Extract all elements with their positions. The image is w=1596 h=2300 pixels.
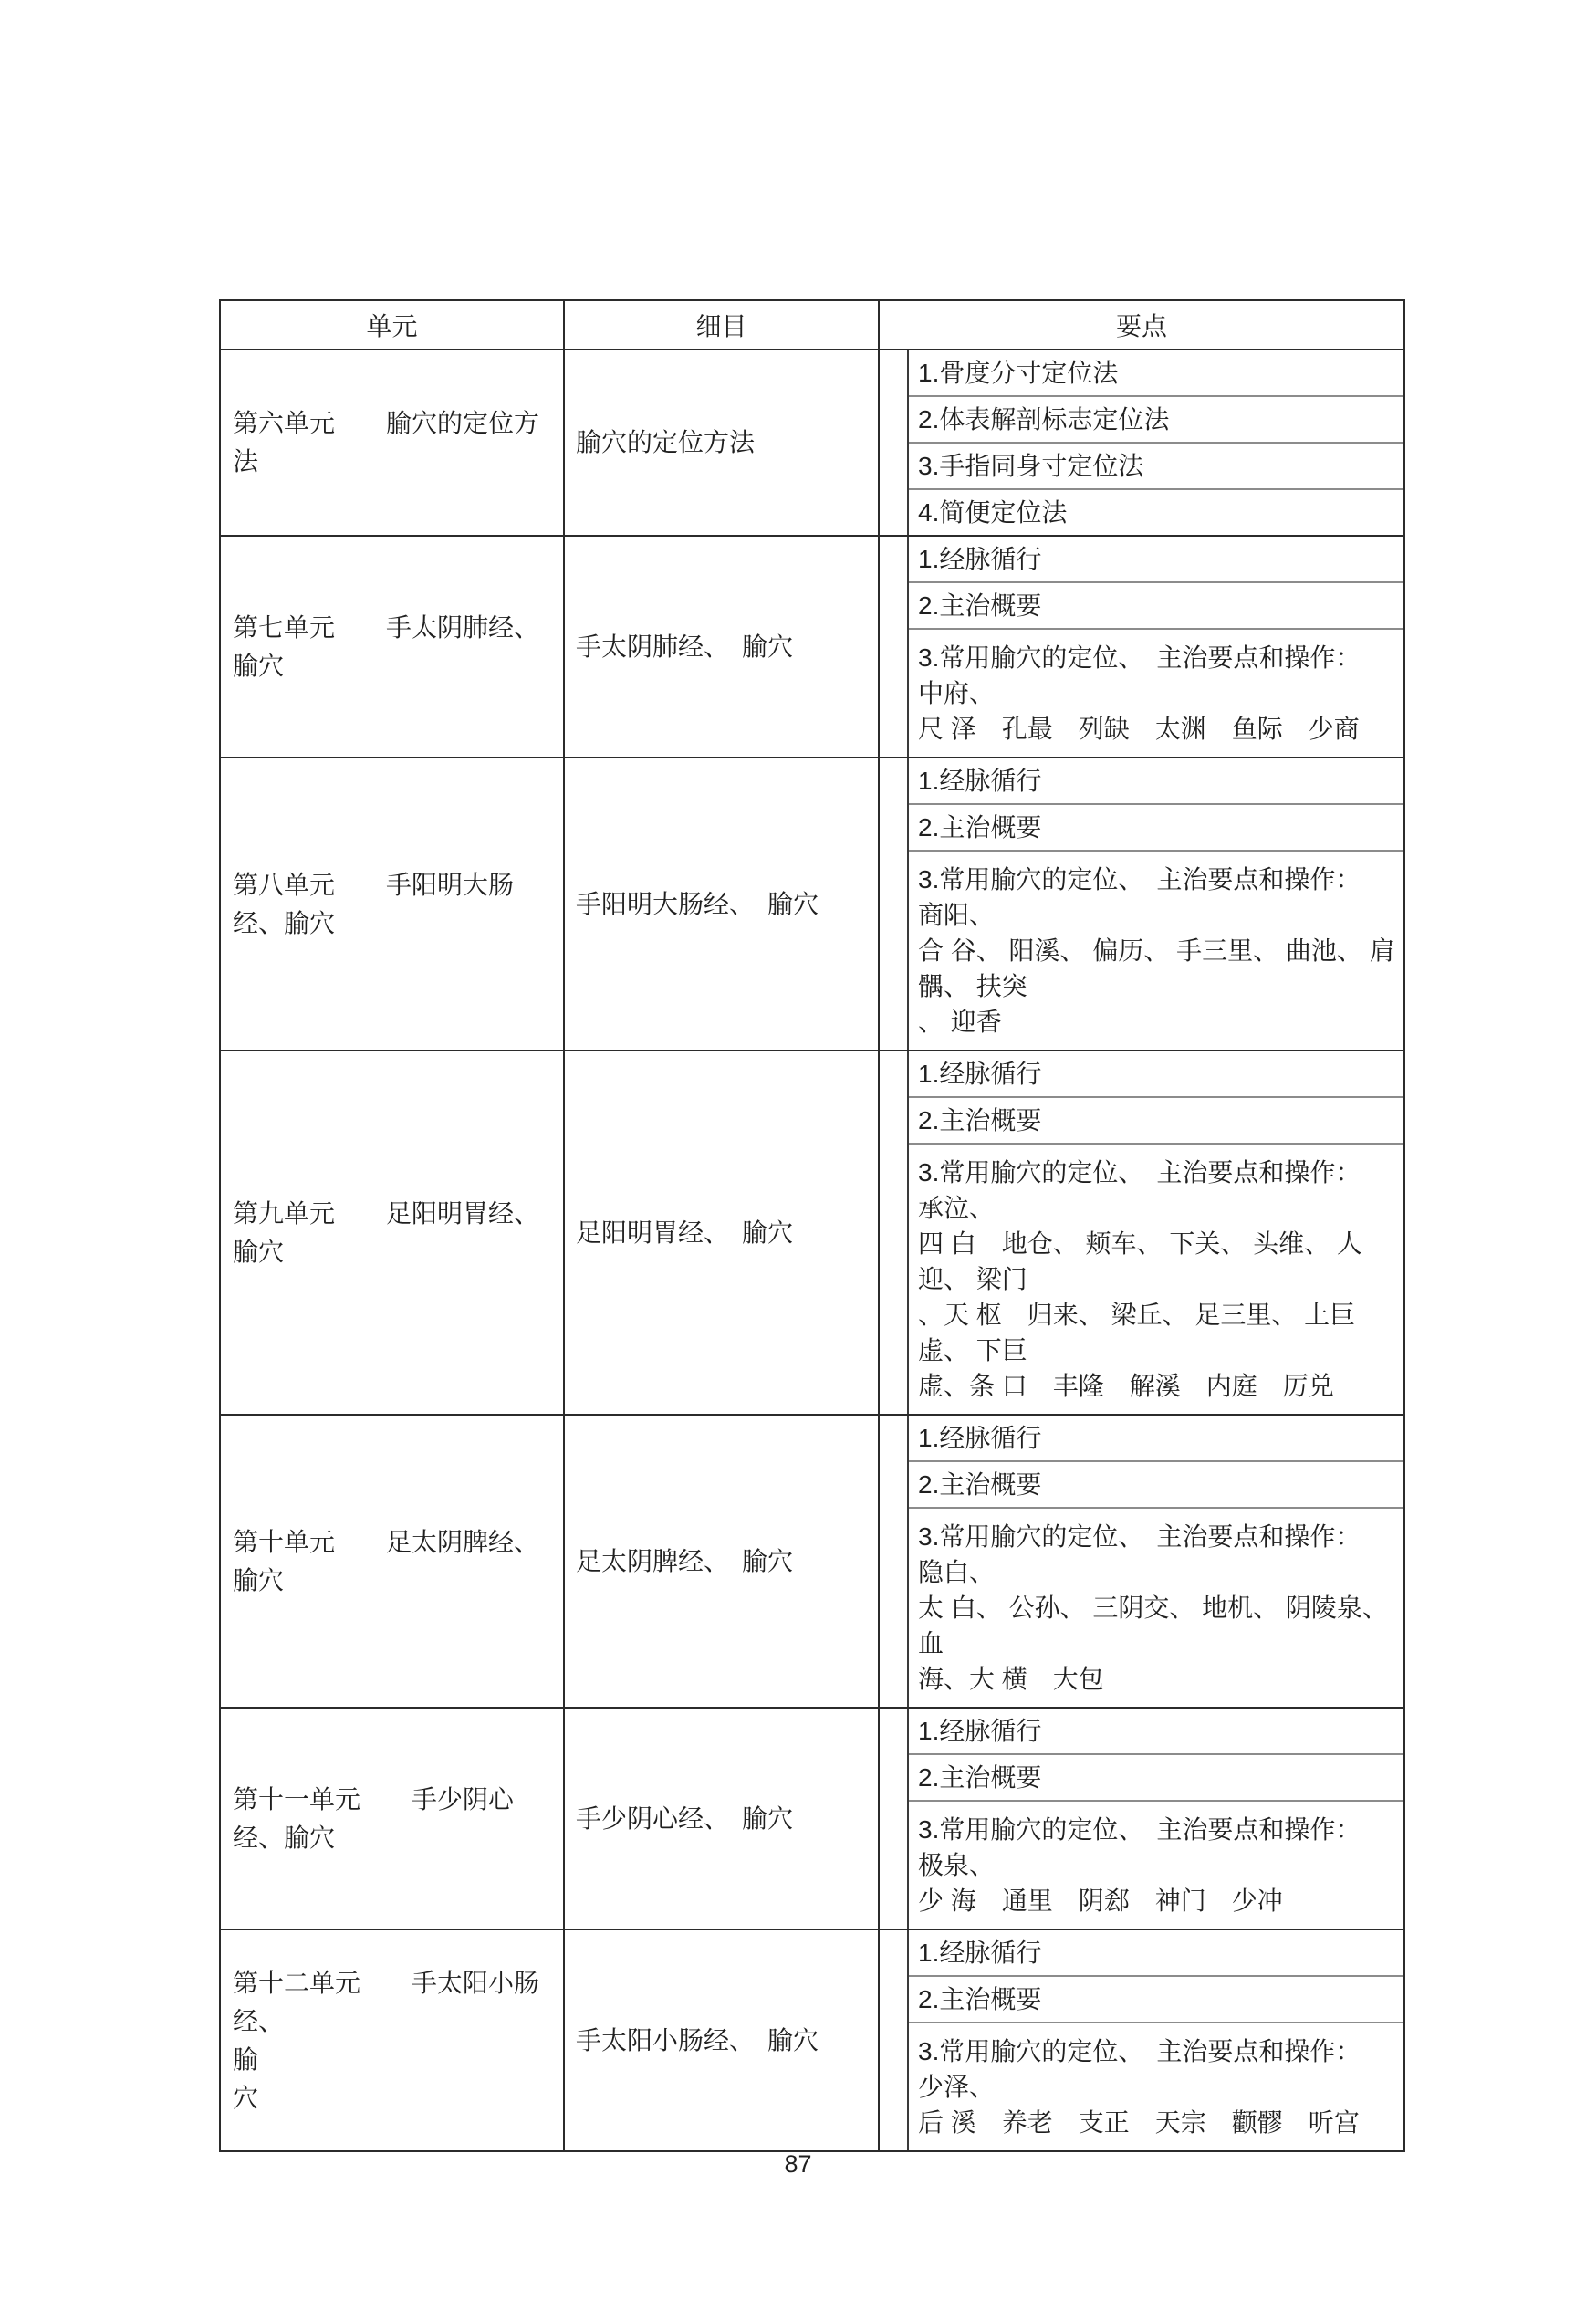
points-list: 1.经脉循行 2.主治概要 3.常用腧穴的定位、 主治要点和操作： 商阳、 合 … xyxy=(907,758,1403,1050)
points-list: 1.经脉循行 2.主治概要 3.常用腧穴的定位、 主治要点和操作： 承泣、 四 … xyxy=(907,1051,1403,1414)
table-row-unit-10: 第十单元 足太阴脾经、 腧穴 足太阴脾经、 腧穴 1.经脉循行 2.主治概要 3… xyxy=(220,1415,1404,1708)
point-item: 2.主治概要 xyxy=(909,1755,1403,1802)
table-row-unit-12: 第十二单元 手太阳小肠经、 腧 穴 手太阳小肠经、 腧穴 1.经脉循行 2.主治… xyxy=(220,1929,1404,2151)
points-list: 1.经脉循行 2.主治概要 3.常用腧穴的定位、 主治要点和操作： 中府、 尺 … xyxy=(907,537,1403,757)
points-cell: 1.骨度分寸定位法 2.体表解剖标志定位法 3.手指同身寸定位法 4.简便定位法 xyxy=(879,350,1404,536)
point-item: 1.经脉循行 xyxy=(909,1051,1403,1098)
points-cell: 1.经脉循行 2.主治概要 3.常用腧穴的定位、 主治要点和操作： 中府、 尺 … xyxy=(879,536,1404,758)
points-list: 1.骨度分寸定位法 2.体表解剖标志定位法 3.手指同身寸定位法 4.简便定位法 xyxy=(907,350,1403,535)
points-cell: 1.经脉循行 2.主治概要 3.常用腧穴的定位、 主治要点和操作： 少泽、 后 … xyxy=(879,1929,1404,2151)
point-item: 1.经脉循行 xyxy=(909,1416,1403,1462)
column-header-points: 要点 xyxy=(879,300,1404,350)
point-item: 4.简便定位法 xyxy=(909,490,1403,535)
point-item: 1.经脉循行 xyxy=(909,537,1403,583)
table-row-unit-8: 第八单元 手阳明大肠经、腧穴 手阳明大肠经、 腧穴 1.经脉循行 2.主治概要 … xyxy=(220,758,1404,1051)
page-number: 87 xyxy=(0,2150,1596,2179)
unit-cell: 第七单元 手太阴肺经、 腧穴 xyxy=(220,536,564,758)
point-item: 1.经脉循行 xyxy=(909,1709,1403,1755)
detail-cell: 手少阴心经、 腧穴 xyxy=(564,1708,879,1929)
detail-cell: 足太阴脾经、 腧穴 xyxy=(564,1415,879,1708)
table-header-row: 单元 细目 要点 xyxy=(220,300,1404,350)
point-item: 3.手指同身寸定位法 xyxy=(909,444,1403,490)
detail-cell: 手阳明大肠经、 腧穴 xyxy=(564,758,879,1051)
table-row-unit-6: 第六单元 腧穴的定位方法 腧穴的定位方法 1.骨度分寸定位法 2.体表解剖标志定… xyxy=(220,350,1404,536)
point-item: 2.体表解剖标志定位法 xyxy=(909,397,1403,444)
points-list: 1.经脉循行 2.主治概要 3.常用腧穴的定位、 主治要点和操作： 隐白、 太 … xyxy=(907,1416,1403,1707)
syllabus-table-container: 单元 细目 要点 第六单元 腧穴的定位方法 腧穴的定位方法 1.骨度分寸定位法 … xyxy=(219,299,1403,2152)
point-item: 2.主治概要 xyxy=(909,1098,1403,1145)
points-list: 1.经脉循行 2.主治概要 3.常用腧穴的定位、 主治要点和操作： 少泽、 后 … xyxy=(907,1930,1403,2150)
point-item: 1.骨度分寸定位法 xyxy=(909,350,1403,397)
point-item: 2.主治概要 xyxy=(909,805,1403,852)
point-item: 3.常用腧穴的定位、 主治要点和操作： 极泉、 少 海 通里 阴郄 神门 少冲 xyxy=(909,1802,1403,1929)
detail-cell: 腧穴的定位方法 xyxy=(564,350,879,536)
unit-cell: 第十一单元 手少阴心经、腧穴 xyxy=(220,1708,564,1929)
table-row-unit-9: 第九单元 足阳明胃经、 腧穴 足阳明胃经、 腧穴 1.经脉循行 2.主治概要 3… xyxy=(220,1051,1404,1415)
column-header-unit: 单元 xyxy=(220,300,564,350)
table-row-unit-7: 第七单元 手太阴肺经、 腧穴 手太阴肺经、 腧穴 1.经脉循行 2.主治概要 3… xyxy=(220,536,1404,758)
point-item: 2.主治概要 xyxy=(909,1462,1403,1509)
point-item: 1.经脉循行 xyxy=(909,758,1403,805)
point-item: 3.常用腧穴的定位、 主治要点和操作： 承泣、 四 白 地仓、 颊车、 下关、 … xyxy=(909,1145,1403,1414)
points-cell: 1.经脉循行 2.主治概要 3.常用腧穴的定位、 主治要点和操作： 承泣、 四 … xyxy=(879,1051,1404,1415)
unit-cell: 第六单元 腧穴的定位方法 xyxy=(220,350,564,536)
points-list: 1.经脉循行 2.主治概要 3.常用腧穴的定位、 主治要点和操作： 极泉、 少 … xyxy=(907,1709,1403,1929)
detail-cell: 手太阴肺经、 腧穴 xyxy=(564,536,879,758)
points-cell: 1.经脉循行 2.主治概要 3.常用腧穴的定位、 主治要点和操作： 隐白、 太 … xyxy=(879,1415,1404,1708)
unit-cell: 第十单元 足太阴脾经、 腧穴 xyxy=(220,1415,564,1708)
unit-cell: 第十二单元 手太阳小肠经、 腧 穴 xyxy=(220,1929,564,2151)
point-item: 3.常用腧穴的定位、 主治要点和操作： 隐白、 太 白、 公孙、 三阴交、 地机… xyxy=(909,1509,1403,1707)
point-item: 1.经脉循行 xyxy=(909,1930,1403,1977)
point-item: 3.常用腧穴的定位、 主治要点和操作： 少泽、 后 溪 养老 支正 天宗 颧髎 … xyxy=(909,2023,1403,2150)
point-item: 3.常用腧穴的定位、 主治要点和操作： 中府、 尺 泽 孔最 列缺 太渊 鱼际 … xyxy=(909,630,1403,757)
detail-cell: 足阳明胃经、 腧穴 xyxy=(564,1051,879,1415)
points-cell: 1.经脉循行 2.主治概要 3.常用腧穴的定位、 主治要点和操作： 极泉、 少 … xyxy=(879,1708,1404,1929)
point-item: 2.主治概要 xyxy=(909,1977,1403,2023)
points-cell: 1.经脉循行 2.主治概要 3.常用腧穴的定位、 主治要点和操作： 商阳、 合 … xyxy=(879,758,1404,1051)
detail-cell: 手太阳小肠经、 腧穴 xyxy=(564,1929,879,2151)
point-item: 3.常用腧穴的定位、 主治要点和操作： 商阳、 合 谷、 阳溪、 偏历、 手三里… xyxy=(909,852,1403,1050)
unit-cell: 第九单元 足阳明胃经、 腧穴 xyxy=(220,1051,564,1415)
table-row-unit-11: 第十一单元 手少阴心经、腧穴 手少阴心经、 腧穴 1.经脉循行 2.主治概要 3… xyxy=(220,1708,1404,1929)
document-page: 单元 细目 要点 第六单元 腧穴的定位方法 腧穴的定位方法 1.骨度分寸定位法 … xyxy=(0,0,1596,2300)
point-item: 2.主治概要 xyxy=(909,583,1403,630)
unit-cell: 第八单元 手阳明大肠经、腧穴 xyxy=(220,758,564,1051)
column-header-detail: 细目 xyxy=(564,300,879,350)
syllabus-table: 单元 细目 要点 第六单元 腧穴的定位方法 腧穴的定位方法 1.骨度分寸定位法 … xyxy=(219,299,1405,2152)
